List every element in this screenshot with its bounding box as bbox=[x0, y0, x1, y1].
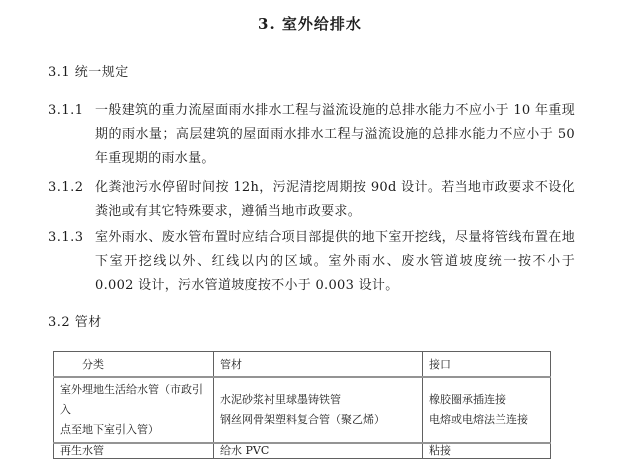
document-title: 3. 室外给排水 bbox=[0, 0, 620, 34]
cell-category-line-1: 室外埋地生活给水管（市政引入 bbox=[60, 380, 207, 420]
section-heading-3-1: 3.1 统一规定 bbox=[48, 61, 620, 80]
clause-text-3-1-2: 化粪池污水停留时间按 12h，污泥清挖周期按 90d 设计。若当地市政要求不设化… bbox=[95, 176, 575, 224]
cell-material-line-1: 水泥砂浆衬里球墨铸铁管 bbox=[220, 390, 416, 410]
table-header-joint: 接口 bbox=[423, 352, 551, 377]
cell-material: 给水 PVC bbox=[214, 443, 423, 459]
cell-category-line-2: 点至地下室引入管） bbox=[60, 420, 207, 440]
cell-material-line-2: 钢丝网骨架塑料复合管（聚乙烯） bbox=[220, 410, 416, 430]
cell-category: 室外埋地生活给水管（市政引入 点至地下室引入管） bbox=[54, 377, 214, 443]
cell-material: 水泥砂浆衬里球墨铸铁管 钢丝网骨架塑料复合管（聚乙烯） bbox=[214, 377, 423, 443]
table-header-row: 分类 管材 接口 bbox=[54, 352, 551, 377]
section-heading-3-2: 3.2 管材 bbox=[48, 311, 620, 330]
clause-number-3-1-3: 3.1.3 bbox=[48, 226, 95, 298]
cell-joint-line-2: 电熔或电熔法兰连接 bbox=[429, 410, 544, 430]
cell-joint: 粘接 bbox=[423, 443, 551, 459]
clause-text-3-1-1: 一般建筑的重力流屋面雨水排水工程与溢流设施的总排水能力不应小于 10 年重现期的… bbox=[95, 99, 575, 171]
table-header-material: 管材 bbox=[214, 352, 423, 377]
clause-number-3-1-2: 3.1.2 bbox=[48, 176, 95, 224]
document-page: 3. 室外给排水 3.1 统一规定 3.1.1 一般建筑的重力流屋面雨水排水工程… bbox=[0, 0, 620, 459]
pipe-material-table: 分类 管材 接口 室外埋地生活给水管（市政引入 点至地下室引入管） 水泥砂浆衬里… bbox=[53, 351, 551, 459]
clause-3-1-2: 3.1.2 化粪池污水停留时间按 12h，污泥清挖周期按 90d 设计。若当地市… bbox=[48, 176, 620, 224]
clause-text-3-1-3: 室外雨水、废水管布置时应结合项目部提供的地下室开挖线，尽量将管线布置在地下室开挖… bbox=[95, 226, 575, 298]
clause-number-3-1-1: 3.1.1 bbox=[48, 99, 95, 171]
cell-joint-line-1: 橡胶圈承插连接 bbox=[429, 390, 544, 410]
table-row: 再生水管 给水 PVC 粘接 bbox=[54, 443, 551, 459]
clause-3-1-3: 3.1.3 室外雨水、废水管布置时应结合项目部提供的地下室开挖线，尽量将管线布置… bbox=[48, 226, 620, 298]
clause-3-1-1: 3.1.1 一般建筑的重力流屋面雨水排水工程与溢流设施的总排水能力不应小于 10… bbox=[48, 99, 620, 171]
cell-category: 再生水管 bbox=[54, 443, 214, 459]
table-row: 室外埋地生活给水管（市政引入 点至地下室引入管） 水泥砂浆衬里球墨铸铁管 钢丝网… bbox=[54, 377, 551, 443]
cell-joint: 橡胶圈承插连接 电熔或电熔法兰连接 bbox=[423, 377, 551, 443]
table-header-category: 分类 bbox=[54, 352, 214, 377]
